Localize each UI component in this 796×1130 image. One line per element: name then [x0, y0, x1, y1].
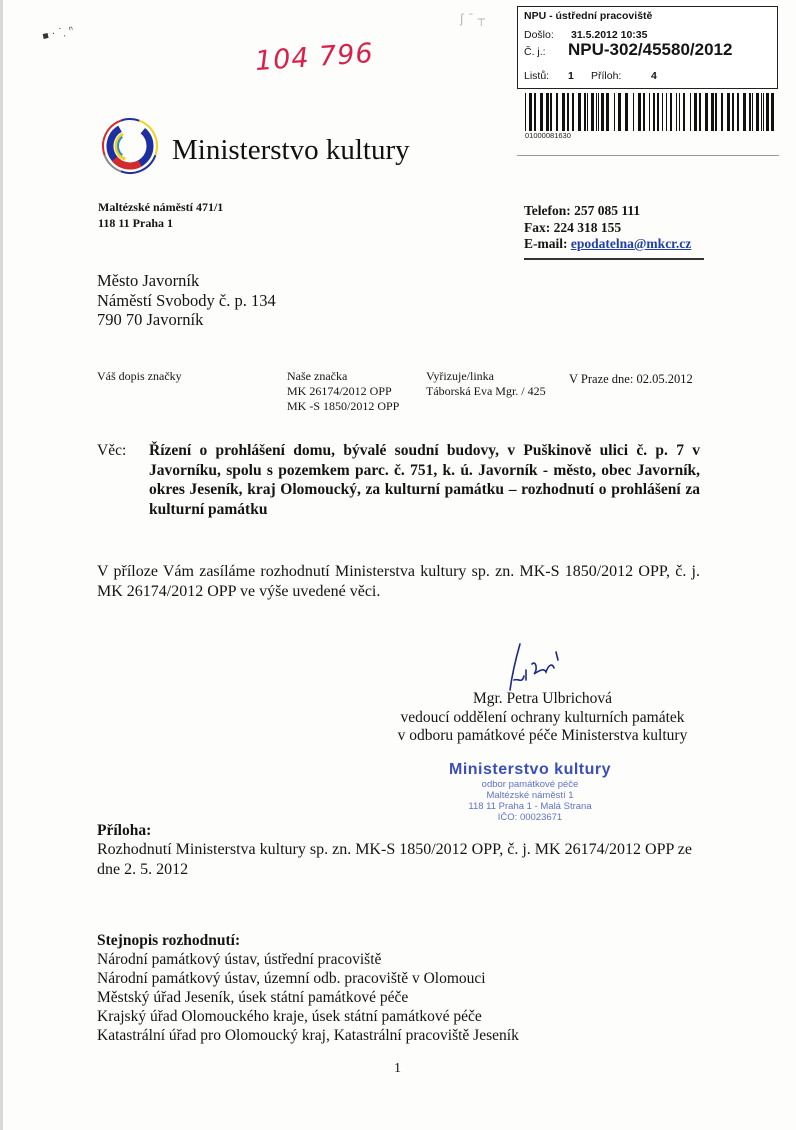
office-stamp-line-2: Maltézské náměstí 1 [425, 790, 635, 801]
stamp-divider [517, 155, 779, 156]
org-name: Ministerstvo kultury [172, 134, 410, 167]
subject-text: Řízení o prohlášení domu, bývalé soudní … [149, 441, 700, 519]
attachments-value: 4 [651, 70, 657, 82]
recipient-name: Město Javorník [97, 271, 276, 291]
email-label: E-mail: [524, 236, 571, 251]
list-item: Národní památkový ústav, územní odb. pra… [97, 969, 519, 988]
ref-value: NPU-302/45580/2012 [568, 40, 732, 60]
received-label: Došlo: [524, 29, 554, 41]
office-stamp-line-3: 118 11 Praha 1 - Malá Strana [425, 801, 635, 812]
sheets-label: Listů: [524, 70, 549, 82]
signatory: Mgr. Petra Ulbrichová vedoucí oddělení o… [390, 690, 695, 746]
stamp-title: NPU - ústřední pracoviště [524, 10, 652, 22]
contact-block: Telefon: 257 085 111 Fax: 224 318 155 E-… [524, 203, 691, 253]
barcode-number: 01000081630 [525, 131, 571, 140]
recipient-street: Náměstí Svobody č. p. 134 [97, 291, 276, 311]
sender-address: Maltézské náměstí 471/1 118 11 Praha 1 [98, 199, 223, 231]
copies-title: Stejnopis rozhodnutí: [97, 932, 240, 950]
fax: Fax: 224 318 155 [524, 220, 691, 237]
recipient-city: 790 70 Javorník [97, 310, 276, 330]
intake-stamp: NPU - ústřední pracoviště Došlo: 31.5.20… [517, 6, 778, 89]
list-item: Katastrální úřad pro Olomoucký kraj, Kat… [97, 1026, 519, 1045]
attachments-label: Příloh: [591, 70, 621, 82]
list-item: Krajský úřad Olomouckého kraje, úsek stá… [97, 1007, 519, 1026]
office-stamp-line-4: IČO: 00023671 [425, 812, 635, 823]
office-stamp: Ministerstvo kultury odbor památkové péč… [425, 761, 635, 823]
handwritten-registry-number: 104 796 [254, 38, 375, 77]
copies-list: Národní památkový ústav, ústřední pracov… [97, 950, 519, 1045]
stamp-ref-row: Č. j.: NPU-302/45580/2012 [524, 46, 546, 58]
list-item: Národní památkový ústav, ústřední pracov… [97, 950, 519, 969]
sheets-value: 1 [568, 70, 574, 82]
stamp-counts-row: Listů: 1 Příloh: 4 [524, 70, 549, 82]
body-paragraph: V příloze Vám zasíláme rozhodnutí Minist… [97, 562, 700, 602]
office-stamp-title: Ministerstvo kultury [425, 761, 635, 779]
signatory-title-2: v odboru památkové péče Ministerstva kul… [390, 727, 695, 746]
letter-date: V Praze dne: 02.05.2012 [569, 372, 693, 387]
your-ref: Váš dopis značky [97, 369, 182, 384]
contacts-divider [524, 258, 704, 260]
page-number: 1 [394, 1061, 401, 1077]
your-ref-label: Váš dopis značky [97, 369, 182, 384]
stamp-received-row: Došlo: 31.5.2012 10:35 [524, 29, 554, 41]
phone: Telefon: 257 085 111 [524, 203, 691, 220]
signatory-title-1: vedoucí oddělení ochrany kulturních pamá… [390, 709, 695, 728]
ministry-logo-icon [100, 116, 160, 176]
our-ref-1: MK 26174/2012 OPP [287, 384, 399, 399]
scan-edge [0, 0, 3, 1130]
handler: Vyřizuje/linka Táborská Eva Mgr. / 425 [426, 369, 546, 399]
list-item: Městský úřad Jeseník, úsek státní památk… [97, 988, 519, 1007]
signatory-name: Mgr. Petra Ulbrichová [390, 690, 695, 709]
barcode [525, 93, 778, 131]
subject-label: Věc: [97, 442, 126, 460]
pencil-mark: ʃ ˉ ┬ [460, 12, 485, 26]
annex-text: Rozhodnutí Ministerstva kultury sp. zn. … [97, 840, 700, 879]
recipient-address: Město Javorník Náměstí Svobody č. p. 134… [97, 271, 276, 330]
email-link[interactable]: epodatelna@mkcr.cz [571, 236, 691, 251]
ref-label: Č. j.: [524, 46, 546, 58]
handler-value: Táborská Eva Mgr. / 425 [426, 384, 546, 399]
office-stamp-line-1: odbor památkové péče [425, 779, 635, 790]
email-row: E-mail: epodatelna@mkcr.cz [524, 236, 691, 253]
sender-address-city: 118 11 Praha 1 [98, 215, 223, 231]
our-ref-label: Naše značka [287, 369, 399, 384]
annex-title: Příloha: [97, 822, 151, 840]
our-ref-2: MK -S 1850/2012 OPP [287, 399, 399, 414]
our-ref: Naše značka MK 26174/2012 OPP MK -S 1850… [287, 369, 399, 414]
handler-label: Vyřizuje/linka [426, 369, 546, 384]
sender-address-street: Maltézské náměstí 471/1 [98, 199, 223, 215]
scan-smudge: ▪ · ˙ ̣ ⁿ [41, 25, 74, 42]
